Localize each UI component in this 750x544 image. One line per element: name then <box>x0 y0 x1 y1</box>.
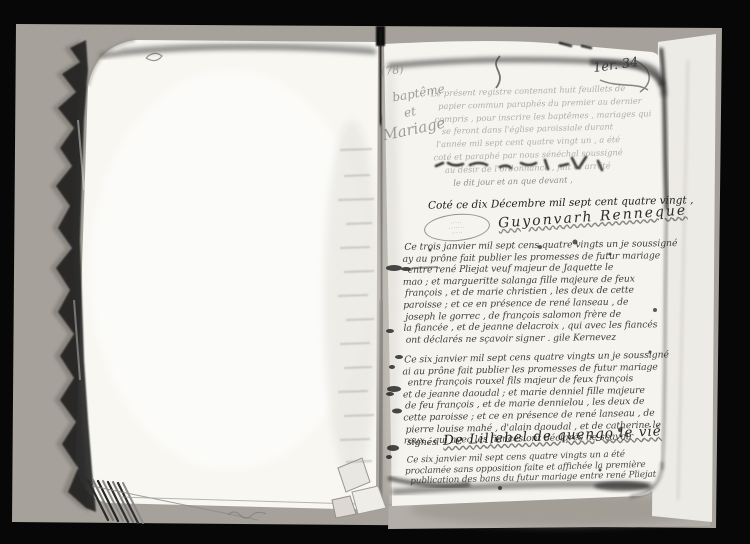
left-page-gutter-shade <box>324 120 380 480</box>
pencil-note-et: et <box>403 104 417 120</box>
gutter-line-mid <box>381 115 382 300</box>
stamp-row: ····· <box>452 229 464 235</box>
marriage-banns-entry-1: Ce trois janvier mil sept cens quatre vi… <box>402 238 667 346</box>
photo-of-register: (78) baptême et Mariage 1er. 34 Le prése… <box>0 0 750 544</box>
pencil-archive-number: (78) <box>380 63 404 78</box>
gutter-line-bottom <box>380 300 382 502</box>
bottom-dark-blot <box>594 481 650 491</box>
entry-closing-word: signés <box>407 437 437 448</box>
faded-register-note: Le présent registre contenant huit feuil… <box>431 81 674 190</box>
